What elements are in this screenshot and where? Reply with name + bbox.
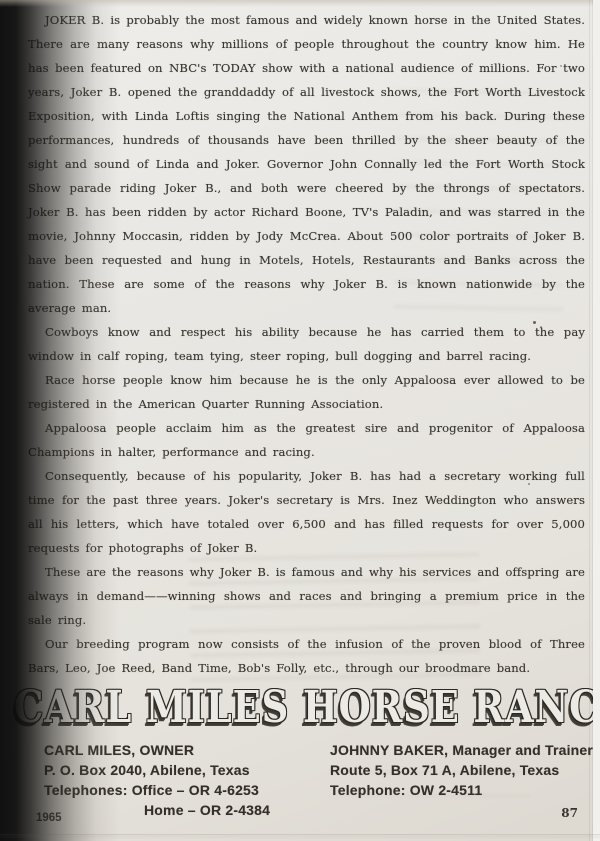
scanned-magazine-page: JOKER B. is probably the most famous and… (0, 0, 600, 841)
body-paragraph: Race horse people know him because he is… (28, 368, 585, 416)
page-bottom-edge (0, 834, 600, 835)
body-paragraph: These are the reasons why Joker B. is fa… (28, 560, 585, 632)
owner-phone-home: Home – OR 2-4384 (144, 800, 270, 820)
body-paragraph: Cowboys know and respect his ability bec… (28, 320, 585, 368)
issue-date: 1965 (36, 812, 62, 824)
body-paragraph: Appaloosa people acclaim him as the grea… (28, 416, 585, 464)
ranch-headline: CARL MILES HORSE RANCH (14, 682, 600, 733)
body-paragraph: Our breeding program now consists of the… (28, 632, 585, 680)
trainer-name: JOHNNY BAKER, Manager and Trainer (330, 740, 593, 760)
trainer-phone: Telephone: OW 2-4511 (330, 780, 593, 800)
trainer-contact: JOHNNY BAKER, Manager and Trainer Route … (330, 740, 593, 800)
body-paragraph: Consequently, because of his popularity,… (28, 464, 585, 560)
owner-name: CARL MILES, OWNER (44, 740, 270, 760)
body-paragraph: JOKER B. is probably the most famous and… (28, 8, 585, 320)
trainer-address: Route 5, Box 71 A, Abilene, Texas (330, 760, 593, 780)
article-body: JOKER B. is probably the most famous and… (0, 0, 600, 684)
owner-address: P. O. Box 2040, Abilene, Texas (44, 760, 270, 780)
owner-phone-office: Telephones: Office – OR 4-6253 (44, 780, 270, 800)
owner-contact: CARL MILES, OWNER P. O. Box 2040, Abilen… (44, 740, 270, 820)
page-number: 87 (561, 806, 578, 820)
